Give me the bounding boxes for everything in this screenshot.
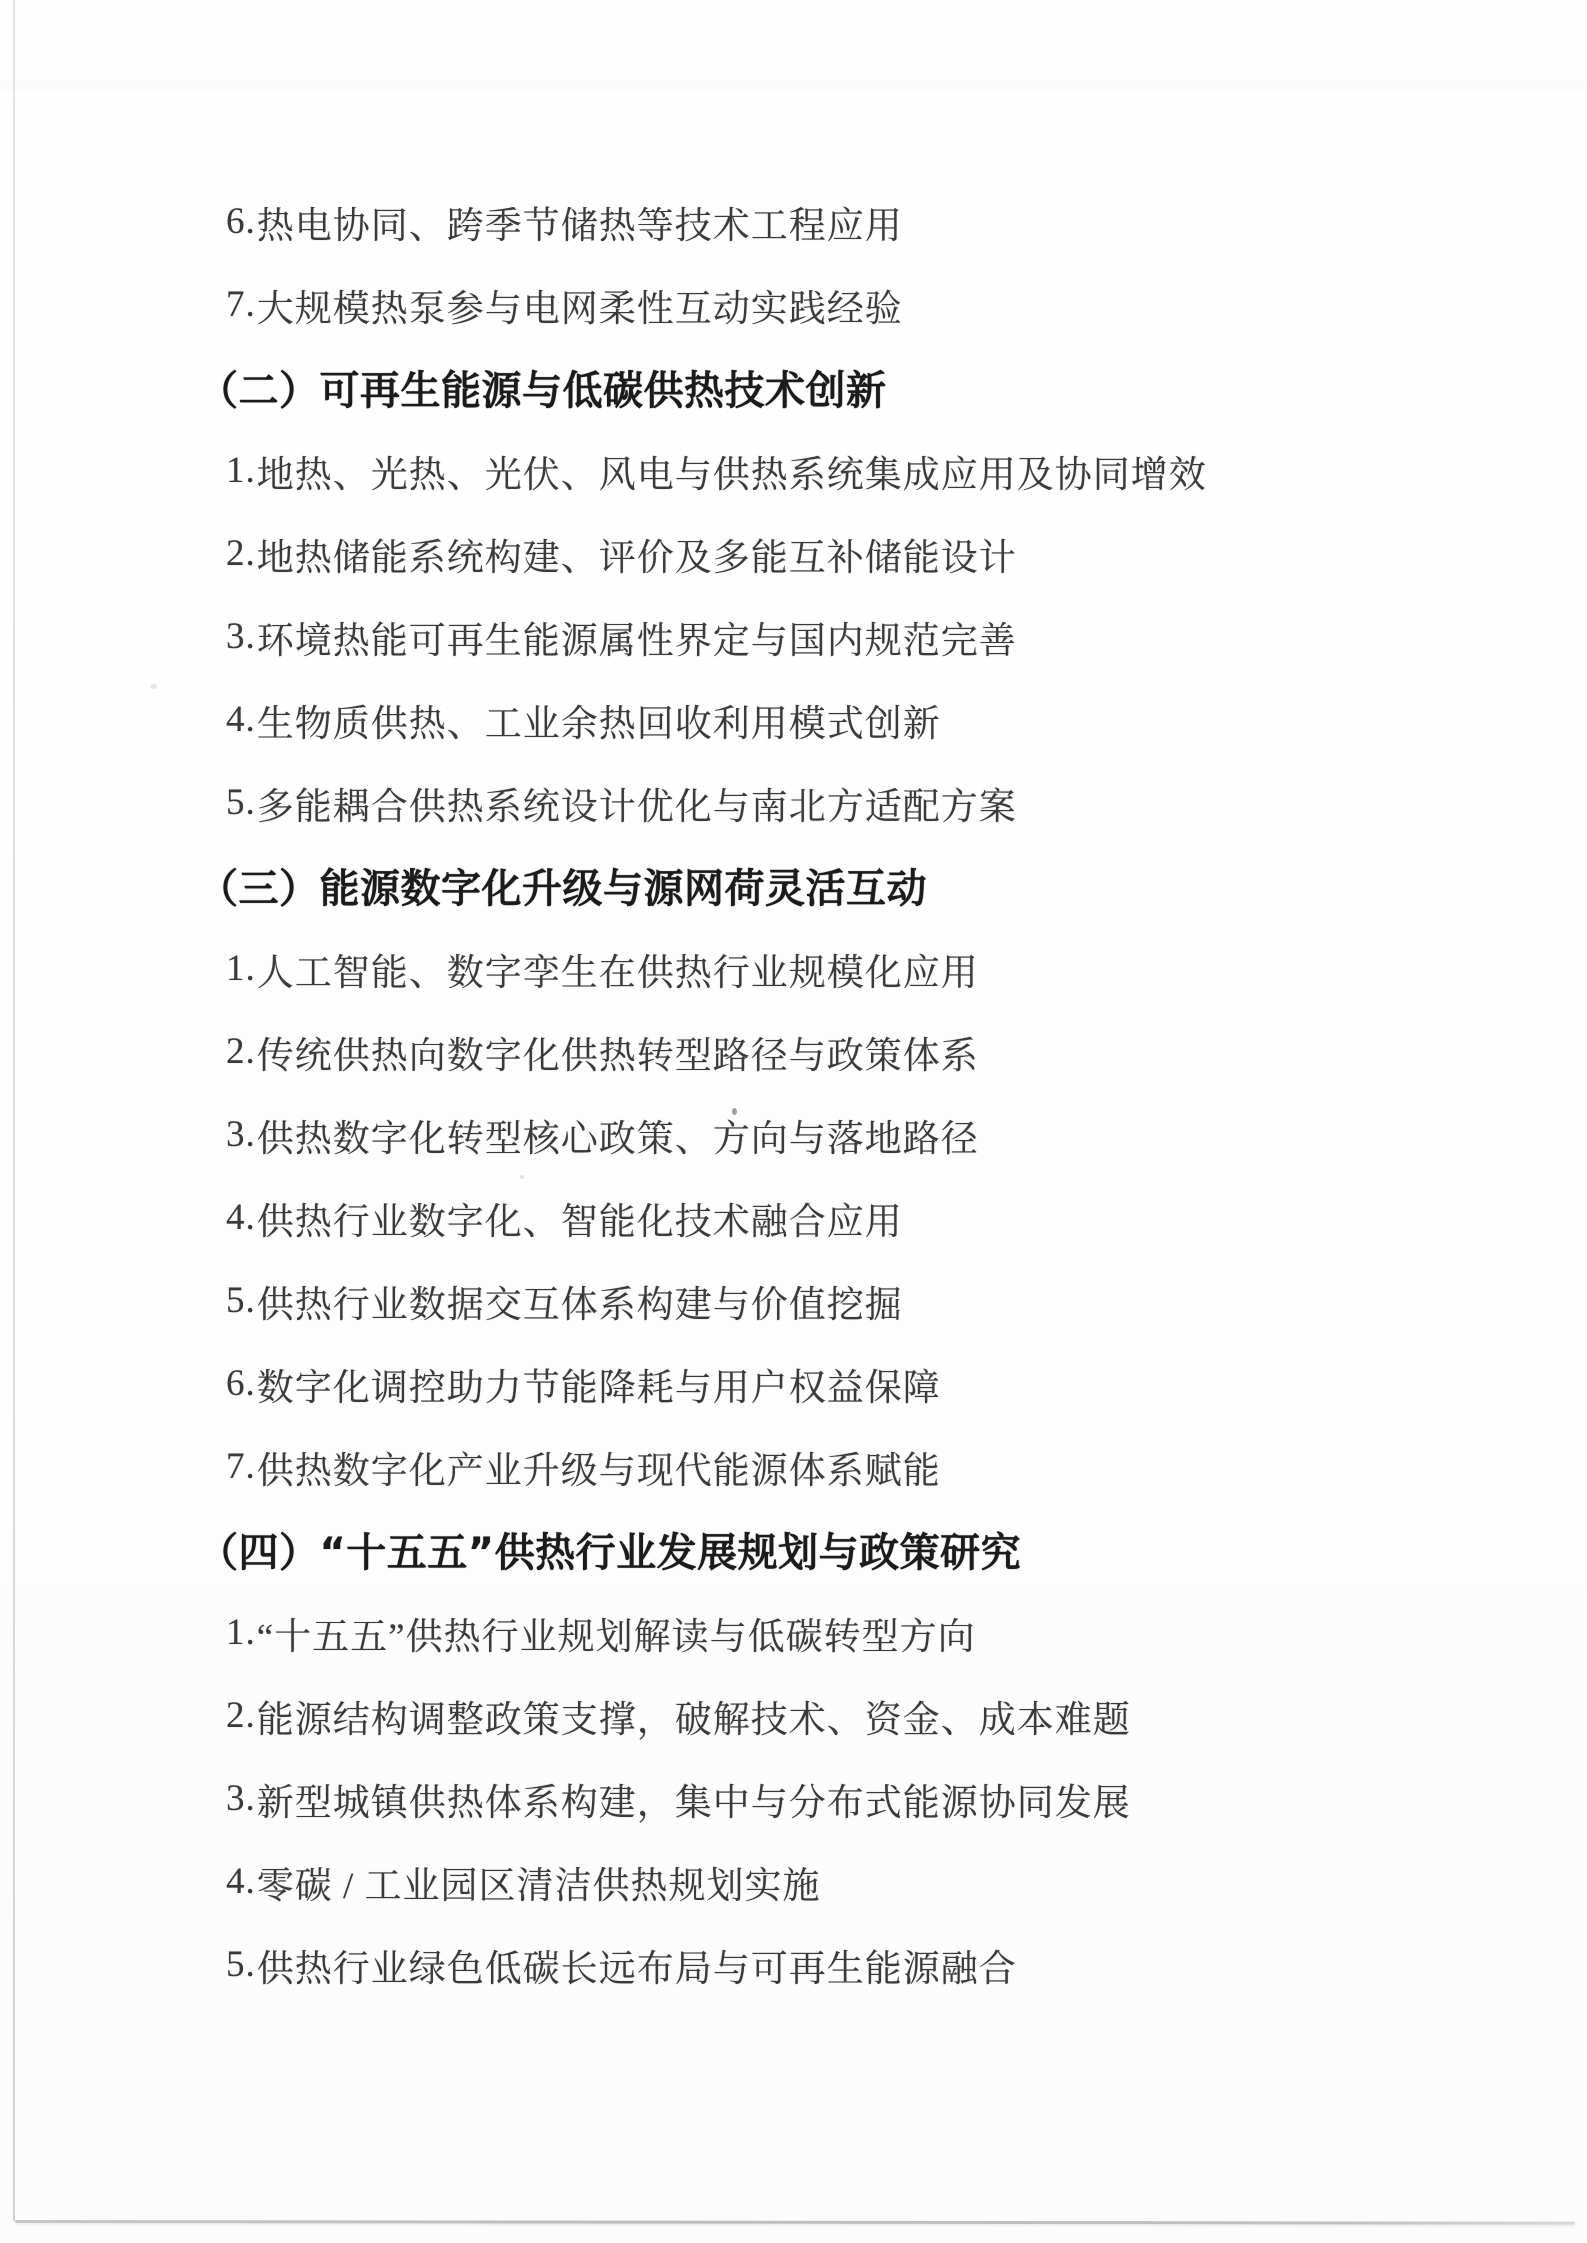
outline-item: 1.“十五五”供热行业规划解读与低碳转型方向 (0, 1591, 1587, 1674)
section-heading: （三）能源数字化升级与源网荷灵活互动 (0, 844, 1587, 927)
item-text: 供热数字化转型核心政策、方向与落地路径 (257, 1108, 979, 1162)
outline-section: （三）能源数字化升级与源网荷灵活互动 1.人工智能、数字孪生在供热行业规模化应用… (0, 844, 1587, 1508)
outline-section: （二）可再生能源与低碳供热技术创新 1.地热、光热、光伏、风电与供热系统集成应用… (0, 346, 1587, 844)
outline-item: 3.供热数字化转型核心政策、方向与落地路径 (0, 1093, 1587, 1176)
outline-item: 1.人工智能、数字孪生在供热行业规模化应用 (0, 927, 1587, 1010)
item-number: 7. (226, 283, 256, 326)
item-number: 5. (226, 781, 256, 824)
outline-item: 2.能源结构调整政策支撑，破解技术、资金、成本难题 (0, 1674, 1587, 1757)
outline-item: 7.大规模热泵参与电网柔性互动实践经验 (0, 263, 1587, 346)
item-number: 5. (226, 1943, 256, 1986)
item-number: 2. (226, 1030, 256, 1073)
outline-item: 2.传统供热向数字化供热转型路径与政策体系 (0, 1010, 1587, 1093)
item-text: 供热行业绿色低碳长远布局与可再生能源融合 (257, 1938, 1017, 1992)
outline-item: 5.供热行业绿色低碳长远布局与可再生能源融合 (0, 1923, 1587, 2006)
outline-section: （四）“十五五”供热行业发展规划与政策研究 1.“十五五”供热行业规划解读与低碳… (0, 1508, 1587, 2006)
scan-speck (150, 684, 157, 689)
outline-item: 5.多能耦合供热系统设计优化与南北方适配方案 (0, 761, 1587, 844)
scanned-document-page: 6.热电协同、跨季节储热等技术工程应用 7.大规模热泵参与电网柔性互动实践经验 … (0, 0, 1587, 2243)
section-heading: （二）可再生能源与低碳供热技术创新 (0, 346, 1587, 429)
item-number: 3. (226, 1113, 256, 1156)
scan-speck (732, 1108, 737, 1115)
item-number: 6. (226, 200, 256, 243)
outline-item: 6.数字化调控助力节能降耗与用户权益保障 (0, 1342, 1587, 1425)
item-number: 3. (226, 615, 256, 658)
outline-item: 1.地热、光热、光伏、风电与供热系统集成应用及协同增效 (0, 429, 1587, 512)
outline-item: 4.供热行业数字化、智能化技术融合应用 (0, 1176, 1587, 1259)
outline-item: 5.供热行业数据交互体系构建与价值挖掘 (0, 1259, 1587, 1342)
item-number: 4. (226, 1196, 256, 1239)
outline-item: 3.环境热能可再生能源属性界定与国内规范完善 (0, 595, 1587, 678)
scan-speck (520, 1175, 524, 1179)
outline-item: 6.热电协同、跨季节储热等技术工程应用 (0, 180, 1587, 263)
item-text: 大规模热泵参与电网柔性互动实践经验 (257, 278, 903, 332)
item-number: 2. (226, 532, 256, 575)
item-text: 供热行业数据交互体系构建与价值挖掘 (257, 1274, 903, 1328)
item-number: 2. (226, 1694, 256, 1737)
item-text: 地热储能系统构建、评价及多能互补储能设计 (257, 527, 1017, 581)
outline-item: 2.地热储能系统构建、评价及多能互补储能设计 (0, 512, 1587, 595)
item-number: 1. (226, 947, 256, 990)
outline-item: 7.供热数字化产业升级与现代能源体系赋能 (0, 1425, 1587, 1508)
item-number: 6. (226, 1362, 256, 1405)
item-text: 数字化调控助力节能降耗与用户权益保障 (257, 1357, 941, 1411)
item-number: 1. (226, 1611, 256, 1654)
outline-item: 4.零碳 / 工业园区清洁供热规划实施 (0, 1840, 1587, 1923)
item-text: 多能耦合供热系统设计优化与南北方适配方案 (257, 776, 1017, 830)
item-number: 4. (226, 1860, 256, 1903)
item-number: 3. (226, 1777, 256, 1820)
item-number: 1. (226, 449, 256, 492)
item-text: 供热行业数字化、智能化技术融合应用 (257, 1191, 903, 1245)
scan-noise-band (0, 80, 1587, 90)
item-text: 人工智能、数字孪生在供热行业规模化应用 (257, 942, 979, 996)
outline-section: 6.热电协同、跨季节储热等技术工程应用 7.大规模热泵参与电网柔性互动实践经验 (0, 180, 1587, 346)
section-heading: （四）“十五五”供热行业发展规划与政策研究 (0, 1508, 1587, 1591)
item-text: “十五五”供热行业规划解读与低碳转型方向 (257, 1606, 976, 1660)
item-text: 环境热能可再生能源属性界定与国内规范完善 (257, 610, 1017, 664)
item-text: 零碳 / 工业园区清洁供热规划实施 (257, 1855, 821, 1909)
item-text: 地热、光热、光伏、风电与供热系统集成应用及协同增效 (257, 444, 1207, 498)
item-text: 热电协同、跨季节储热等技术工程应用 (257, 195, 903, 249)
item-text: 传统供热向数字化供热转型路径与政策体系 (257, 1025, 979, 1079)
item-text: 能源结构调整政策支撑，破解技术、资金、成本难题 (257, 1689, 1131, 1743)
outline-item: 3.新型城镇供热体系构建，集中与分布式能源协同发展 (0, 1757, 1587, 1840)
item-number: 5. (226, 1279, 256, 1322)
outline-item: 4.生物质供热、工业余热回收利用模式创新 (0, 678, 1587, 761)
item-text: 新型城镇供热体系构建，集中与分布式能源协同发展 (257, 1772, 1131, 1826)
document-content: 6.热电协同、跨季节储热等技术工程应用 7.大规模热泵参与电网柔性互动实践经验 … (0, 180, 1587, 2006)
item-text: 供热数字化产业升级与现代能源体系赋能 (257, 1440, 941, 1494)
item-number: 4. (226, 698, 256, 741)
item-text: 生物质供热、工业余热回收利用模式创新 (257, 693, 941, 747)
scan-bottom-edge-line (15, 2220, 1575, 2225)
item-number: 7. (226, 1445, 256, 1488)
